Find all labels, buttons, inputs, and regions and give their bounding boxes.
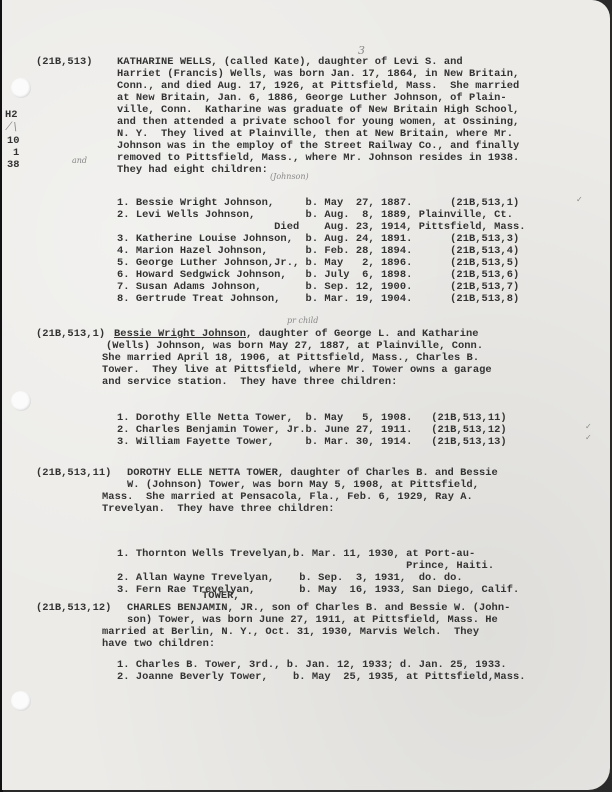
children-list: 1. Dorothy Elle Netta Tower, b. May 5, 1… bbox=[117, 412, 507, 448]
text-line: CHARLES BENJAMIN, JR., son of Charles B.… bbox=[127, 602, 510, 614]
margin-note: 38 bbox=[7, 159, 19, 171]
document-page: H2 ⁄ \ 10 1 38 3 and (Johnson) pr child … bbox=[2, 0, 610, 790]
punch-hole bbox=[11, 691, 31, 711]
entry-text: She married April 18, 1906, at Pittsfiel… bbox=[102, 352, 492, 388]
margin-note: 1 bbox=[13, 147, 19, 159]
punch-hole bbox=[11, 78, 31, 98]
entry-id: (21B,513) bbox=[36, 56, 93, 68]
check-mark: ✓ bbox=[585, 433, 592, 442]
handwritten-note: pr child bbox=[287, 316, 318, 325]
margin-note: 10 bbox=[7, 135, 19, 147]
text-line: DOROTHY ELLE NETTA TOWER, daughter of Ch… bbox=[127, 467, 498, 479]
text-line: Trevelyan. They have three children: bbox=[102, 503, 498, 515]
text-line: W. (Johnson) Tower, was born May 5, 1908… bbox=[127, 479, 498, 491]
person-name: Bessie Wright Johnson bbox=[114, 328, 246, 340]
handwritten-note: and bbox=[72, 156, 87, 165]
entry-id: (21B,513,12) bbox=[36, 602, 111, 614]
entry-text: CHARLES BENJAMIN, JR., son of Charles B.… bbox=[127, 602, 510, 650]
entry-text: KATHARINE WELLS, (called Kate), daughter… bbox=[117, 56, 519, 176]
entry-id: (21B,513,1) bbox=[36, 328, 105, 340]
inserted-surname: TOWER, bbox=[202, 590, 240, 602]
text-line: have two children: bbox=[102, 638, 510, 650]
text-line: Mass. She married at Pensacola, Fla., Fe… bbox=[102, 491, 498, 503]
entry-text: (Wells) Johnson, was born May 27, 1887, … bbox=[106, 340, 483, 352]
margin-mark: ⁄ \ bbox=[8, 120, 17, 133]
check-mark: ✓ bbox=[576, 195, 583, 204]
text-line: married at Berlin, N. Y., Oct. 31, 1930,… bbox=[102, 626, 510, 638]
punch-hole bbox=[11, 391, 31, 411]
check-mark: ✓ bbox=[585, 422, 592, 431]
children-list: 1. Bessie Wright Johnson, b. May 27, 188… bbox=[117, 197, 526, 305]
entry-id: (21B,513,11) bbox=[36, 467, 111, 479]
children-list: 1. Thornton Wells Trevelyan,b. Mar. 11, … bbox=[117, 548, 519, 596]
children-list: 1. Charles B. Tower, 3rd., b. Jan. 12, 1… bbox=[117, 659, 526, 683]
text-line: son) Tower, was born June 27, 1911, at P… bbox=[127, 614, 510, 626]
entry-first-line: Bessie Wright Johnson, daughter of Georg… bbox=[114, 328, 479, 340]
entry-text: DOROTHY ELLE NETTA TOWER, daughter of Ch… bbox=[127, 467, 498, 515]
